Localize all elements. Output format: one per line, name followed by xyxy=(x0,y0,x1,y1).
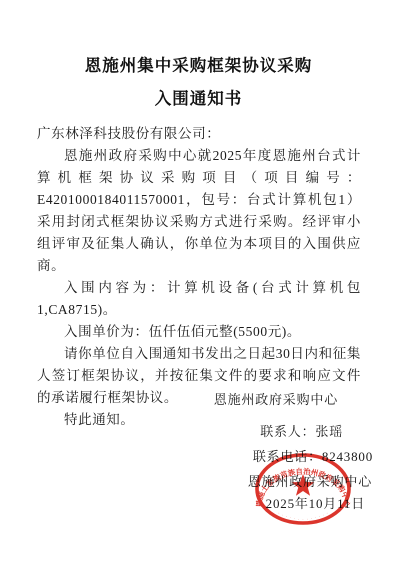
body-paragraph: 入围内容为：计算机设备(台式计算机包1,CA8715)。 xyxy=(37,277,361,321)
contact-label: 联系人： xyxy=(260,424,315,439)
signature-phone: 联系电话：8243800 xyxy=(253,446,373,465)
contact-name: 张瑶 xyxy=(315,424,343,439)
document-title: 恩施州集中采购框架协议采购 入围通知书 xyxy=(0,50,397,116)
document-body: 广东林泽科技股份有限公司： 恩施州政府采购中心就2025年度恩施州台式计算机框架… xyxy=(37,123,361,431)
signature-date: 2025年10月11日 xyxy=(266,493,365,512)
signature-org: 恩施州政府采购中心 xyxy=(214,389,338,408)
signature-contact: 联系人：张瑶 xyxy=(260,421,343,440)
body-paragraph: 恩施州政府采购中心就2025年度恩施州台式计算机框架协议采购项目（项目编号：E4… xyxy=(37,145,361,277)
phone-label: 联系电话： xyxy=(253,449,322,464)
notice-document-page: 恩施州集中采购框架协议采购 入围通知书 广东林泽科技股份有限公司： 恩施州政府采… xyxy=(0,0,397,561)
signature-org-stamp-line: 恩施州政府采购中心 xyxy=(248,471,372,490)
document-title-line1: 恩施州集中采购框架协议采购 xyxy=(0,50,397,83)
recipient-line: 广东林泽科技股份有限公司： xyxy=(37,123,361,145)
document-title-line2: 入围通知书 xyxy=(0,83,397,116)
body-paragraph: 入围单价为：伍仟伍佰元整(5500元)。 xyxy=(37,321,361,343)
phone-number: 8243800 xyxy=(322,449,373,464)
